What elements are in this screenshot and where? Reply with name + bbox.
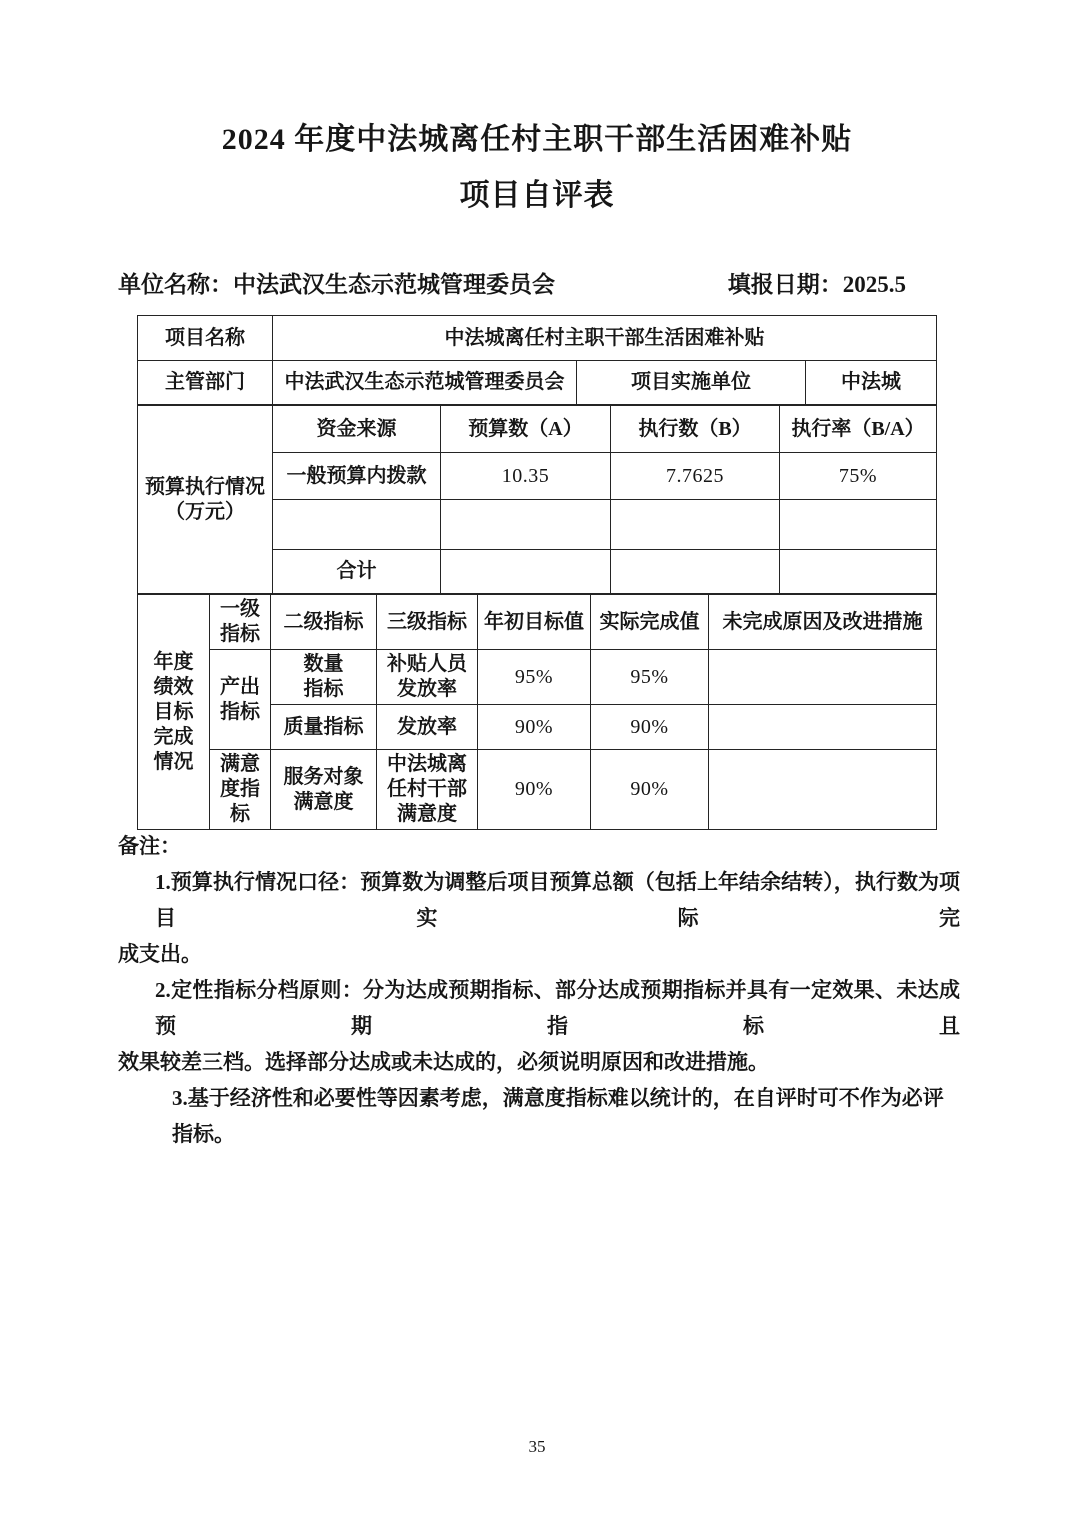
dept-label-cell: 主管部门 (138, 361, 273, 405)
note-2-line-1: 2.定性指标分档原则：分为达成预期指标、部分达成预期指标并具有一定效果、未达成预… (118, 972, 960, 1044)
total-rate-cell (780, 550, 937, 594)
note-1-line-2: 成支出。 (118, 936, 960, 972)
perf-header-level1-cell: 一级 指标 (210, 595, 271, 650)
level2-quantity-cell: 数量 指标 (271, 650, 377, 705)
note-1-line-1: 1.预算执行情况口径：预算数为调整后项目预算总额（包括上年结余结转），执行数为项… (118, 864, 960, 936)
target-value-cell: 90% (478, 705, 591, 750)
budget-header-budget-cell: 预算数（A） (441, 406, 611, 453)
perf-row-satisfaction: 满意 度指 标 服务对象 满意度 中法城离 任村干部 满意度 90% 90% (138, 750, 937, 830)
level2-service-cell: 服务对象 满意度 (271, 750, 377, 830)
level1-output-cell: 产出 指标 (210, 650, 271, 750)
impl-unit-value-cell: 中法城 (806, 361, 937, 405)
perf-header-level2-cell: 二级指标 (271, 595, 377, 650)
document-page: 2024 年度中法城离任村主职干部生活困难补贴 项目自评表 单位名称：中法武汉生… (0, 0, 1074, 1520)
budget-header-source-cell: 资金来源 (273, 406, 441, 453)
notes-block: 备注： 1.预算执行情况口径：预算数为调整后项目预算总额（包括上年结余结转），执… (118, 828, 960, 1152)
total-executed-cell (611, 550, 780, 594)
impl-unit-label-cell: 项目实施单位 (577, 361, 806, 405)
empty-cell (273, 500, 441, 550)
empty-cell (611, 500, 780, 550)
target-value-cell: 95% (478, 650, 591, 705)
document-title-line1: 2024 年度中法城离任村主职干部生活困难补贴 (0, 112, 1074, 168)
self-evaluation-table: 项目名称 中法城离任村主职干部生活困难补贴 主管部门 中法武汉生态示范城管理委员… (137, 315, 937, 830)
perf-header-target-cell: 年初目标值 (478, 595, 591, 650)
page-number: 35 (0, 1437, 1074, 1457)
target-value-cell: 90% (478, 750, 591, 830)
table-section-performance: 年度 绩效 目标 完成 情况 一级 指标 二级指标 三级指标 年初目标值 实际完… (137, 594, 937, 830)
total-label-cell: 合计 (273, 550, 441, 594)
performance-section-label-cell: 年度 绩效 目标 完成 情况 (138, 595, 210, 830)
budget-header-executed-cell: 执行数（B） (611, 406, 780, 453)
execution-rate-cell: 75% (780, 453, 937, 500)
executed-amount-cell: 7.7625 (611, 453, 780, 500)
perf-header-actual-cell: 实际完成值 (591, 595, 709, 650)
budget-amount-cell: 10.35 (441, 453, 611, 500)
project-name-value-cell: 中法城离任村主职干部生活困难补贴 (273, 316, 937, 361)
document-title-line2: 项目自评表 (0, 168, 1074, 224)
reason-cell (709, 650, 937, 705)
document-title: 2024 年度中法城离任村主职干部生活困难补贴 项目自评表 (0, 112, 1074, 224)
actual-value-cell: 90% (591, 705, 709, 750)
perf-row-quantity: 产出 指标 数量 指标 补贴人员 发放率 95% 95% (138, 650, 937, 705)
reason-cell (709, 750, 937, 830)
level2-quality-cell: 质量指标 (271, 705, 377, 750)
fill-date-text: 填报日期：2025.5 (728, 266, 906, 299)
table-section-header-rows: 项目名称 中法城离任村主职干部生活困难补贴 主管部门 中法武汉生态示范城管理委员… (137, 315, 937, 405)
table-section-budget: 预算执行情况 （万元） 资金来源 预算数（A） 执行数（B） 执行率（B/A） … (137, 405, 937, 594)
level3-satisfaction-cell: 中法城离 任村干部 满意度 (377, 750, 478, 830)
empty-cell (441, 500, 611, 550)
perf-header-level3-cell: 三级指标 (377, 595, 478, 650)
actual-value-cell: 95% (591, 650, 709, 705)
note-2-line-2: 效果较差三档。选择部分达成或未达成的，必须说明原因和改进措施。 (118, 1044, 960, 1080)
budget-source-cell: 一般预算内拨款 (273, 453, 441, 500)
reason-cell (709, 705, 937, 750)
unit-name-text: 单位名称：中法武汉生态示范城管理委员会 (118, 266, 555, 299)
dept-value-cell: 中法武汉生态示范城管理委员会 (273, 361, 577, 405)
info-row: 单位名称：中法武汉生态示范城管理委员会 填报日期：2025.5 (118, 266, 906, 299)
level3-payout-rate-cell: 补贴人员 发放率 (377, 650, 478, 705)
note-3-line-1: 3.基于经济性和必要性等因素考虑，满意度指标难以统计的，在自评时可不作为必评指标… (118, 1080, 960, 1152)
level1-satisfaction-cell: 满意 度指 标 (210, 750, 271, 830)
empty-cell (780, 500, 937, 550)
notes-label: 备注： (118, 828, 960, 864)
actual-value-cell: 90% (591, 750, 709, 830)
budget-header-rate-cell: 执行率（B/A） (780, 406, 937, 453)
project-name-label-cell: 项目名称 (138, 316, 273, 361)
budget-section-label-cell: 预算执行情况 （万元） (138, 406, 273, 594)
level3-rate-cell: 发放率 (377, 705, 478, 750)
perf-header-reason-cell: 未完成原因及改进措施 (709, 595, 937, 650)
total-budget-cell (441, 550, 611, 594)
